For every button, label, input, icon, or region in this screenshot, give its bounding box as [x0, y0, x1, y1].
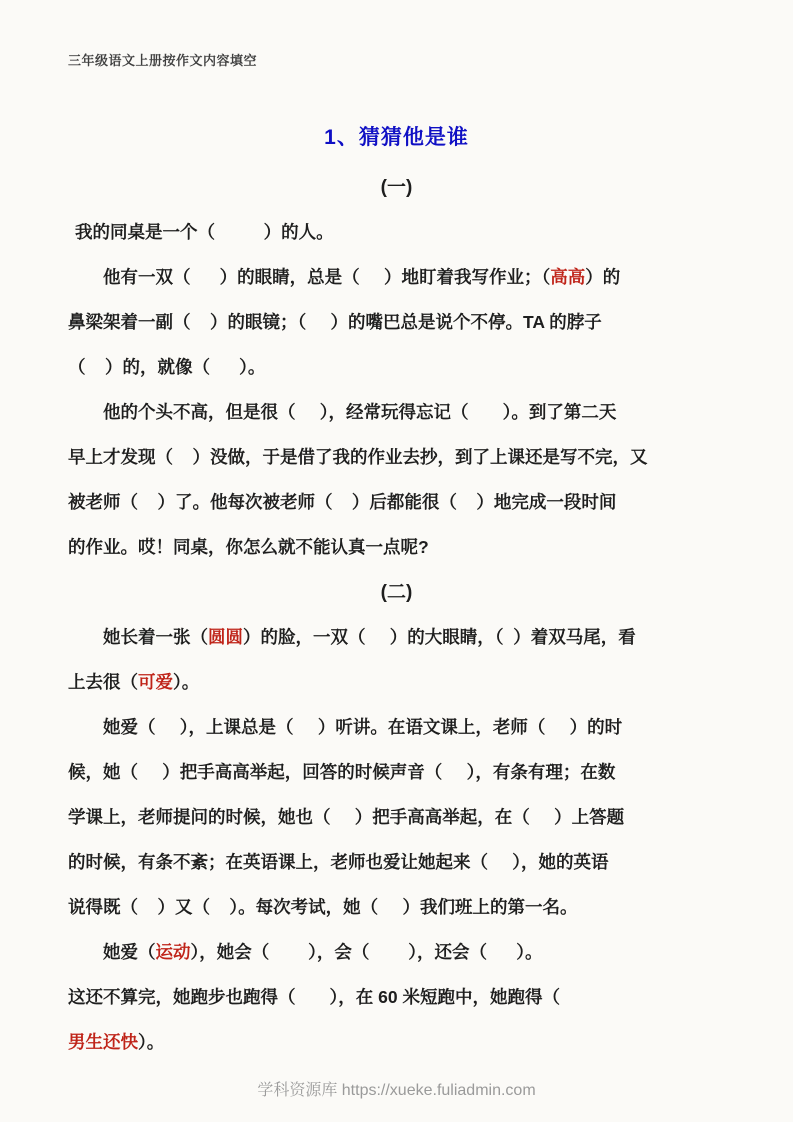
- text-segment: 鼻梁架着一副（ ）的眼镜；（ ）的嘴巴总是说个不停。TA 的脖子: [68, 312, 602, 332]
- answer-text-red: 圆圆: [208, 627, 243, 647]
- text-line: 这还不算完，她跑步也跑得（ ），在 60 米短跑中，她跑得（: [68, 975, 725, 1020]
- text-line: 我的同桌是一个（ ）的人。: [68, 210, 725, 255]
- text-segment: 她长着一张（: [103, 627, 208, 647]
- answer-text-red: 运动: [156, 942, 191, 962]
- text-segment: 这还不算完，她跑步也跑得（ ），在 60 米短跑中，她跑得（: [68, 987, 560, 1007]
- text-segment: 她爱（ ），上课总是（ ）听讲。在语文课上，老师（ ）的时: [103, 717, 622, 737]
- page-title: 1、猜猜他是谁: [68, 121, 725, 151]
- section-label: (一): [68, 165, 725, 210]
- text-segment: 被老师（ ）了。他每次被老师（ ）后都能很（ ）地完成一段时间: [68, 492, 616, 512]
- text-segment: ）。: [173, 672, 199, 692]
- text-line: 他有一双（ ）的眼睛，总是（ ）地盯着我写作业；（高高）的: [68, 255, 725, 300]
- text-segment: 我的同桌是一个（ ）的人。: [75, 222, 334, 242]
- text-line: 她长着一张（圆圆）的脸，一双（ ）的大眼睛，（ ）着双马尾，看: [68, 615, 725, 660]
- text-line: 他的个头不高，但是很（ ），经常玩得忘记（ ）。到了第二天: [68, 390, 725, 435]
- document-header: 三年级语文上册按作文内容填空: [68, 0, 725, 69]
- text-segment: ），她会（ ），会（ ），还会（ ）。: [191, 942, 543, 962]
- text-line: 候，她（ ）把手高高举起，回答的时候声音（ ），有条有理；在数: [68, 750, 725, 795]
- text-segment: 候，她（ ）把手高高举起，回答的时候声音（ ），有条有理；在数: [68, 762, 615, 782]
- text-segment: 学课上，老师提问的时候，她也（ ）把手高高举起，在（ ）上答题: [68, 807, 624, 827]
- text-segment: 早上才发现（ ）没做，于是借了我的作业去抄，到了上课还是写不完，又: [68, 447, 647, 467]
- text-segment: 上去很（: [68, 672, 138, 692]
- text-segment: 说得既（ ）又（ ）。每次考试，她（ ）我们班上的第一名。: [68, 897, 577, 917]
- text-segment: ）。: [138, 1032, 164, 1052]
- text-line: 鼻梁架着一副（ ）的眼镜；（ ）的嘴巴总是说个不停。TA 的脖子: [68, 300, 725, 345]
- answer-text-red: 男生还快: [68, 1032, 138, 1052]
- text-line: 她爱（运动），她会（ ），会（ ），还会（ ）。: [68, 930, 725, 975]
- answer-text-red: 可爱: [138, 672, 173, 692]
- text-line: 的时候，有条不紊；在英语课上，老师也爱让她起来（ ），她的英语: [68, 840, 725, 885]
- text-line: 上去很（可爱）。: [68, 660, 725, 705]
- text-segment: 的时候，有条不紊；在英语课上，老师也爱让她起来（ ），她的英语: [68, 852, 609, 872]
- text-line: 被老师（ ）了。他每次被老师（ ）后都能很（ ）地完成一段时间: [68, 480, 725, 525]
- text-line: 学课上，老师提问的时候，她也（ ）把手高高举起，在（ ）上答题: [68, 795, 725, 840]
- text-line: 男生还快）。: [68, 1020, 725, 1065]
- footer-watermark: 学科资源库 https://xueke.fuliadmin.com: [0, 1077, 793, 1100]
- text-segment: 的作业。哎！同桌，你怎么就不能认真一点呢?: [68, 537, 429, 557]
- text-line: 她爱（ ），上课总是（ ）听讲。在语文课上，老师（ ）的时: [68, 705, 725, 750]
- text-line: （ ）的，就像（ ）。: [68, 345, 725, 390]
- text-line: 说得既（ ）又（ ）。每次考试，她（ ）我们班上的第一名。: [68, 885, 725, 930]
- text-segment: ）的脸，一双（ ）的大眼睛，（ ）着双马尾，看: [243, 627, 636, 647]
- section-label: (二): [68, 570, 725, 615]
- worksheet-page: 三年级语文上册按作文内容填空 1、猜猜他是谁 (一)我的同桌是一个（ ）的人。他…: [0, 0, 793, 1122]
- text-line: 的作业。哎！同桌，你怎么就不能认真一点呢?: [68, 525, 725, 570]
- text-segment: 他的个头不高，但是很（ ），经常玩得忘记（ ）。到了第二天: [103, 402, 616, 422]
- text-segment: ）的: [585, 267, 620, 287]
- text-segment: 他有一双（ ）的眼睛，总是（ ）地盯着我写作业；（: [103, 267, 550, 287]
- text-segment: （ ）的，就像（ ）。: [68, 357, 265, 377]
- document-body: (一)我的同桌是一个（ ）的人。他有一双（ ）的眼睛，总是（ ）地盯着我写作业；…: [68, 165, 725, 1065]
- answer-text-red: 高高: [550, 267, 585, 287]
- text-line: 早上才发现（ ）没做，于是借了我的作业去抄，到了上课还是写不完，又: [68, 435, 725, 480]
- text-segment: 她爱（: [103, 942, 156, 962]
